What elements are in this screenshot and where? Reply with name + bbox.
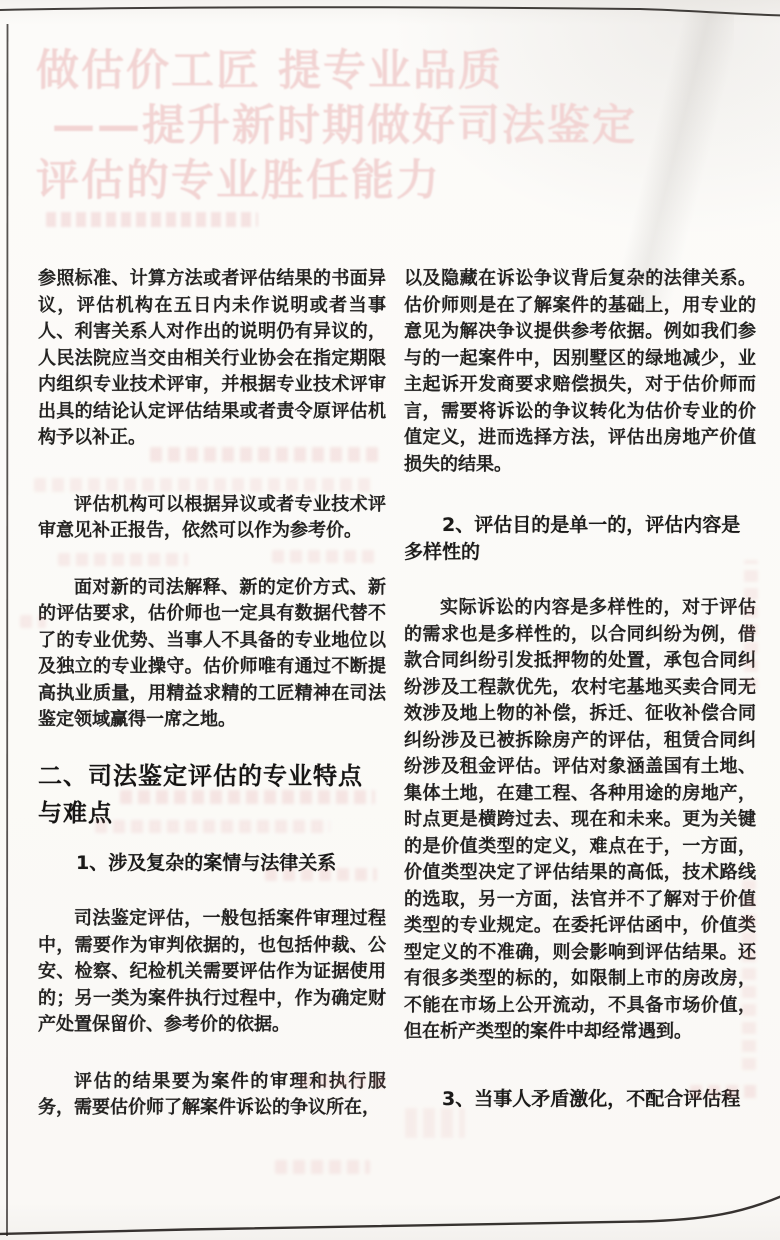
paragraph-craftsman: 面对新的司法解释、新的定价方式、新的评估要求，估价师也一定具有数据代替不了的专业…: [38, 575, 386, 734]
byline-smudge: [46, 212, 258, 227]
paragraph-result: 评估的结果要为案件的审理和执行服务，需要估价师了解案件诉讼的争议所在，: [38, 1069, 386, 1122]
left-column: 参照标准、计算方法或者评估结果的书面异议，评估机构在五日内未作说明或者当事人、利…: [38, 266, 386, 1122]
subsection-heading-2: 2、评估目的是单一的，评估内容是多样性的: [404, 512, 756, 565]
right-column: 以及隐藏在诉讼争议背后复杂的法律关系。估价师则是在了解案件的基础上，用专业的意见…: [404, 266, 756, 1112]
paragraph-legal-relations: 以及隐藏在诉讼争议背后复杂的法律关系。估价师则是在了解案件的基础上，用专业的意见…: [404, 266, 756, 478]
bleedthrough-mark: [275, 1160, 370, 1174]
title-line-2: ——提升新时期做好司法鉴定: [36, 99, 736, 154]
bottom-edge-line: [0, 1196, 780, 1234]
paragraph-supplement: 评估机构可以根据异议或者专业技术评审意见补正报告，依然可以作为参考价。: [38, 492, 386, 545]
subsection-heading-3: 3、当事人矛盾激化，不配合评估程: [404, 1086, 756, 1113]
title-line-1: 做估价工匠 提专业品质: [36, 44, 736, 99]
bleedthrough-mark: [405, 1108, 465, 1138]
title-line-3: 评估的专业胜任能力: [36, 154, 736, 209]
scanned-document-page: 做估价工匠 提专业品质 ——提升新时期做好司法鉴定 评估的专业胜任能力 参照标准…: [0, 0, 780, 1240]
paragraph-scope: 司法鉴定评估，一般包括案件审理过程中，需要作为审判依据的，也包括仲裁、公安、检察…: [38, 906, 386, 1039]
paragraph-continuation: 参照标准、计算方法或者评估结果的书面异议，评估机构在五日内未作说明或者当事人、利…: [38, 266, 386, 452]
left-edge-line: [7, 24, 8, 1236]
section-heading-2: 二、司法鉴定评估的专业特点与难点: [38, 758, 386, 832]
top-edge-line: [0, 7, 780, 15]
article-title: 做估价工匠 提专业品质 ——提升新时期做好司法鉴定 评估的专业胜任能力: [36, 44, 736, 209]
paragraph-diversity: 实际诉讼的内容是多样性的，对于评估的需求也是多样性的，以合同纠纷为例，借款合同纠…: [404, 595, 756, 1046]
subsection-heading-1: 1、涉及复杂的案情与法律关系: [38, 850, 386, 877]
